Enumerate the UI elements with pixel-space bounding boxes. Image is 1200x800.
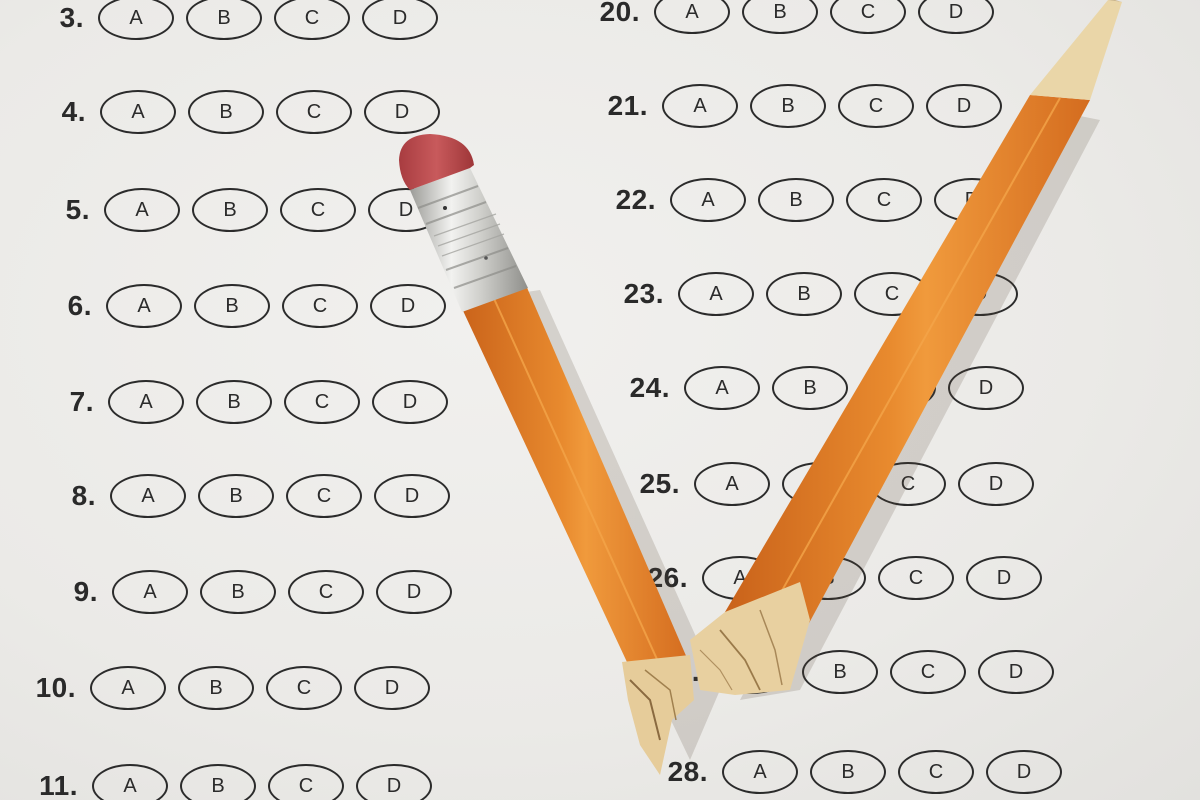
answer-sheet-photo: 3.ABCD4.ABCD5.ABCD6.ABCD7.ABCD8.ABCD9.AB… <box>0 0 1200 800</box>
answer-bubble-b: B <box>810 750 886 794</box>
answer-bubble-b: B <box>750 84 826 128</box>
answer-bubble-a: A <box>92 764 168 800</box>
answer-bubble-a: A <box>662 84 738 128</box>
answer-bubble-c: C <box>268 764 344 800</box>
answer-bubble-a: A <box>670 178 746 222</box>
answer-bubble-a: A <box>90 666 166 710</box>
right_column-question-row: 21.ABCD <box>588 84 1014 128</box>
answer-bubble-c: C <box>846 178 922 222</box>
answer-bubble-c: C <box>266 666 342 710</box>
question-number: 9. <box>38 576 98 608</box>
answer-bubble-b: B <box>790 556 866 600</box>
answer-bubble-c: C <box>830 0 906 34</box>
answer-bubble-b: B <box>192 188 268 232</box>
answer-bubble-a: A <box>104 188 180 232</box>
answer-bubble-b: B <box>198 474 274 518</box>
question-number: 22. <box>596 184 656 216</box>
left_column-question-row: 6.ABCD <box>32 284 458 328</box>
left_column-question-row: 9.ABCD <box>38 570 464 614</box>
answer-bubble-d: D <box>934 178 1010 222</box>
question-number: 7. <box>34 386 94 418</box>
answer-bubble-c: C <box>838 84 914 128</box>
question-number: 20. <box>580 0 640 28</box>
right_column-question-row: 27.ABCD <box>640 650 1066 694</box>
answer-bubble-a: A <box>714 650 790 694</box>
right_column-question-row: 22.ABCD <box>596 178 1022 222</box>
answer-bubble-d: D <box>986 750 1062 794</box>
left_column-question-row: 7.ABCD <box>34 380 460 424</box>
left_column-question-row: 11.ABCD <box>18 764 444 800</box>
answer-bubble-b: B <box>802 650 878 694</box>
left_column-question-row: 10.ABCD <box>16 666 442 710</box>
answer-bubble-d: D <box>356 764 432 800</box>
left_column-question-row: 8.ABCD <box>36 474 462 518</box>
answer-bubble-b: B <box>188 90 264 134</box>
question-number: 4. <box>26 96 86 128</box>
answer-bubble-c: C <box>890 650 966 694</box>
answer-bubble-b: B <box>186 0 262 40</box>
answer-bubble-a: A <box>684 366 760 410</box>
answer-bubble-d: D <box>926 84 1002 128</box>
answer-bubble-d: D <box>354 666 430 710</box>
answer-bubble-b: B <box>196 380 272 424</box>
answer-bubble-d: D <box>978 650 1054 694</box>
answer-bubble-b: B <box>766 272 842 316</box>
question-number: 10. <box>16 672 76 704</box>
right_column-question-row: 25.ABCD <box>620 462 1046 506</box>
answer-bubble-b: B <box>772 366 848 410</box>
answer-bubble-b: B <box>782 462 858 506</box>
answer-bubble-c: C <box>898 750 974 794</box>
right_column-question-row: 24.ABCD <box>610 366 1036 410</box>
answer-bubble-c: C <box>282 284 358 328</box>
answer-bubble-d: D <box>362 0 438 40</box>
answer-bubble-a: A <box>112 570 188 614</box>
answer-bubble-d: D <box>374 474 450 518</box>
left_column-question-row: 4.ABCD <box>26 90 452 134</box>
answer-bubble-d: D <box>364 90 440 134</box>
answer-bubble-d: D <box>942 272 1018 316</box>
left_column-question-row: 5.ABCD <box>30 188 456 232</box>
question-number: 6. <box>32 290 92 322</box>
question-number: 27. <box>640 656 700 688</box>
answer-bubble-a: A <box>678 272 754 316</box>
answer-bubble-d: D <box>368 188 444 232</box>
question-number: 3. <box>24 2 84 34</box>
answer-bubble-c: C <box>854 272 930 316</box>
answer-bubble-d: D <box>958 462 1034 506</box>
answer-bubble-c: C <box>860 366 936 410</box>
answer-bubble-a: A <box>98 0 174 40</box>
left_column-question-row: 3.ABCD <box>24 0 450 40</box>
answer-bubble-b: B <box>180 764 256 800</box>
question-number: 11. <box>18 770 78 800</box>
question-number: 23. <box>604 278 664 310</box>
question-number: 28. <box>648 756 708 788</box>
answer-bubble-b: B <box>758 178 834 222</box>
answer-bubble-a: A <box>100 90 176 134</box>
answer-bubble-a: A <box>108 380 184 424</box>
question-number: 5. <box>30 194 90 226</box>
answer-bubble-d: D <box>370 284 446 328</box>
answer-bubble-c: C <box>870 462 946 506</box>
answer-bubble-b: B <box>742 0 818 34</box>
answer-bubble-a: A <box>106 284 182 328</box>
answer-bubble-d: D <box>966 556 1042 600</box>
answer-bubble-c: C <box>878 556 954 600</box>
answer-bubble-a: A <box>694 462 770 506</box>
answer-bubble-c: C <box>274 0 350 40</box>
right_column-question-row: 26.ABCD <box>628 556 1054 600</box>
answer-bubble-b: B <box>194 284 270 328</box>
right_column-question-row: 20.ABCD <box>580 0 1006 34</box>
question-number: 8. <box>36 480 96 512</box>
answer-bubble-a: A <box>722 750 798 794</box>
answer-bubble-c: C <box>276 90 352 134</box>
question-number: 24. <box>610 372 670 404</box>
answer-bubble-d: D <box>372 380 448 424</box>
answer-bubble-b: B <box>178 666 254 710</box>
question-number: 26. <box>628 562 688 594</box>
answer-bubble-d: D <box>918 0 994 34</box>
right_column-question-row: 28.ABCD <box>648 750 1074 794</box>
right_column-question-row: 23.ABCD <box>604 272 1030 316</box>
question-number: 21. <box>588 90 648 122</box>
answer-bubble-a: A <box>110 474 186 518</box>
answer-bubble-c: C <box>286 474 362 518</box>
answer-bubble-c: C <box>284 380 360 424</box>
answer-bubble-d: D <box>948 366 1024 410</box>
answer-bubble-c: C <box>288 570 364 614</box>
answer-bubble-b: B <box>200 570 276 614</box>
answer-bubble-a: A <box>702 556 778 600</box>
answer-bubble-a: A <box>654 0 730 34</box>
question-number: 25. <box>620 468 680 500</box>
answer-bubble-c: C <box>280 188 356 232</box>
answer-bubble-d: D <box>376 570 452 614</box>
